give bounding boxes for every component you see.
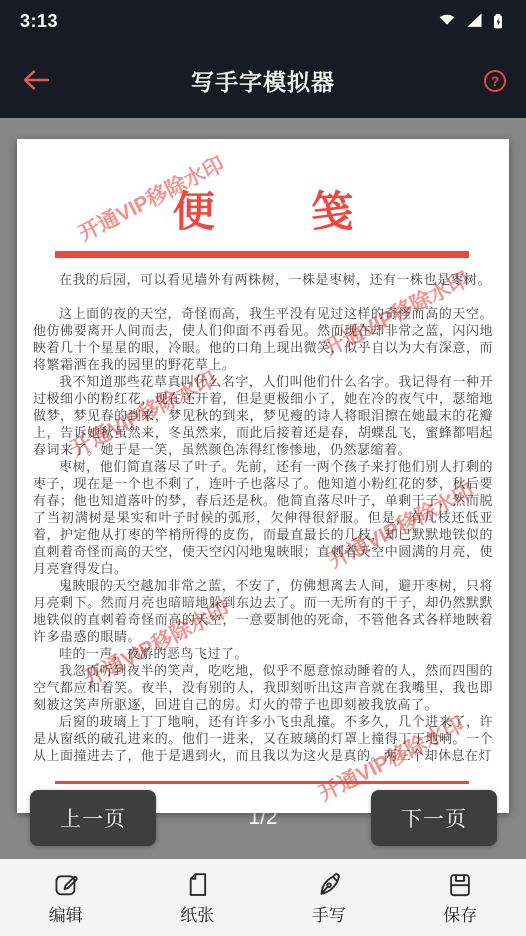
memo-paragraph: 在我的后园，可以看见墙外有两株树，一株是枣树，还有一株也是枣树。	[33, 271, 493, 288]
memo-paper: 开通VIP移除水印 开通VIP移除水印 开通VIP移除水印 开通VIP移除水印 …	[17, 139, 509, 813]
battery-charging-icon	[490, 9, 506, 33]
edit-button[interactable]: 编辑	[0, 870, 132, 926]
back-arrow-icon[interactable]	[20, 66, 52, 94]
tool-label: 保存	[443, 901, 477, 926]
footer-divider	[55, 781, 469, 784]
paper-icon	[183, 870, 211, 898]
previous-page-button[interactable]: 上一页	[30, 790, 156, 846]
tool-label: 手写	[312, 901, 346, 926]
memo-paragraph: 枣树，他们简直落尽了叶子。先前，还有一两个孩子来打他们别人打剩的枣子，现在是一个…	[33, 458, 493, 577]
handwriting-pen-icon	[315, 870, 343, 898]
memo-paragraph: 我不知道那些花草真叫什么名字，人们叫他们什么名字。我记得有一种开过极细小的粉红花…	[33, 373, 493, 458]
status-icons	[436, 9, 506, 33]
tool-label: 纸张	[180, 901, 214, 926]
memo-paragraph: 鬼䀹眼的天空越加非常之蓝，不安了，仿佛想离去人间，避开枣树，只将月亮剩下。然而月…	[33, 577, 493, 645]
clock: 3:13	[20, 11, 58, 32]
help-icon[interactable]: ?	[484, 70, 506, 92]
app-header: 写手字模拟器 ?	[0, 42, 526, 118]
memo-title: 便笺	[17, 179, 509, 239]
bottom-toolbar: 编辑 纸张 手写 保存	[0, 859, 526, 936]
wifi-icon	[436, 11, 458, 31]
status-bar: 3:13	[0, 0, 526, 42]
app-screen: 3:13 写手字模拟器 ? 1/2	[0, 0, 526, 936]
handwriting-button[interactable]: 手写	[263, 870, 395, 926]
save-icon	[446, 870, 474, 898]
title-divider	[55, 251, 469, 258]
save-button[interactable]: 保存	[395, 870, 526, 926]
memo-paragraph: 后窗的玻璃上丁丁地响，还有许多小飞虫乱撞。不多久，几个进来了，许是从窗纸的破孔进…	[33, 713, 493, 764]
memo-paragraph: 我忽而听到夜半的笑声，吃吃地，似乎不愿意惊动睡着的人，然而四围的空气都应和着笑。…	[33, 662, 493, 713]
paper-button[interactable]: 纸张	[132, 870, 264, 926]
cellular-signal-icon	[463, 11, 485, 31]
memo-paragraph: 这上面的夜的天空，奇怪而高，我生平没有见过这样的奇怪而高的天空。他仿佛要离开人间…	[33, 305, 493, 373]
page-title: 写手字模拟器	[191, 64, 335, 97]
edit-icon	[52, 870, 80, 898]
preview-area: 1/2 开通VIP移除水印 开通VIP移除水印 开通VIP移除水印 开通VIP移…	[0, 118, 526, 859]
tool-label: 编辑	[49, 901, 83, 926]
memo-paragraph: 哇的一声，夜游的恶鸟飞过了。	[33, 645, 493, 662]
next-page-button[interactable]: 下一页	[371, 790, 497, 846]
memo-body: 在我的后园，可以看见墙外有两株树，一株是枣树，还有一株也是枣树。 这上面的夜的天…	[33, 271, 493, 779]
